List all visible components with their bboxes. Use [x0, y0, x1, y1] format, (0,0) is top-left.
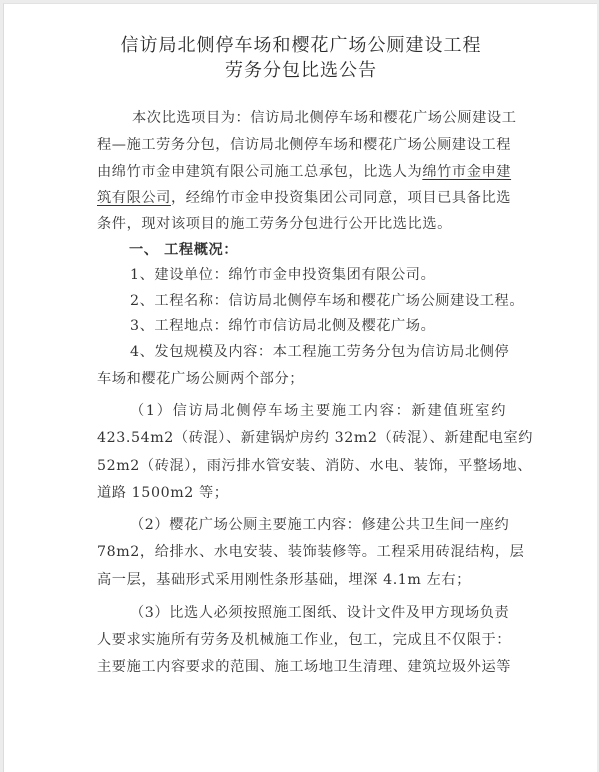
document-title-line-1: 信访局北侧停车场和樱花广场公厕建设工程	[4, 31, 597, 57]
bidder-name-underlined-part2: 筑有限公司	[97, 190, 171, 206]
part1-line-2: 423.54m2（砖混）、新建锅炉房约 32m2（砖混）、新建配电室约	[97, 427, 506, 447]
overview-item-1: 1、建设单位：绵竹市金申投资集团有限公司。	[130, 264, 435, 284]
part1-line-3: 52m2（砖混），雨污排水管安装、消防、水电、装饰，平整场地、	[97, 455, 506, 475]
part3-line-1: （3）比选人必须按照施工图纸、设计文件及甲方现场负责	[130, 602, 506, 622]
bidder-name-underlined-part1: 绵竹市金申建	[422, 164, 511, 180]
document-page: 信访局北侧停车场和樱花广场公厕建设工程 劳务分包比选公告 本次比选项目为：信访局…	[3, 3, 597, 772]
part3-line-2: 人要求实施所有劳务及机械施工作业，包工，完成且不仅限于：	[97, 629, 506, 649]
part1-line-1: （1）信访局北侧停车场主要施工内容：新建值班室约	[130, 400, 506, 420]
intro-line-4: 筑有限公司，经绵竹市金申投资集团公司同意，项目已具备比选	[97, 187, 506, 207]
intro-line-3: 由绵竹市金申建筑有限公司施工总承包，比选人为绵竹市金申建	[97, 161, 506, 181]
overview-item-3: 3、工程地点：绵竹市信访局北侧及樱花广场。	[130, 315, 435, 335]
part3-line-3: 主要施工内容要求的范围、施工场地卫生清理、建筑垃圾外运等	[97, 656, 506, 676]
part2-line-1: （2）樱花广场公厕主要施工内容：修建公共卫生间一座约	[130, 514, 504, 534]
intro-line-4-text: ，经绵竹市金申投资集团公司同意，项目已具备比选	[171, 190, 511, 206]
part2-line-2: 78m2，给排水、水电安装、装饰装修等。工程采用砖混结构，层	[97, 541, 506, 561]
part2-line-3: 高一层，基础形式采用刚性条形基础，埋深 4.1m 左右；	[97, 569, 471, 589]
section-heading-project-overview: 一、 工程概况：	[129, 239, 238, 259]
overview-item-4: 4、发包规模及内容：本工程施工劳务分包为信访局北侧停	[130, 341, 509, 361]
intro-line-2: 程—施工劳务分包，信访局北侧停车场和樱花广场公厕建设工程	[97, 134, 506, 154]
overview-item-4-continued: 车场和樱花广场公厕两个部分；	[97, 368, 304, 388]
part1-line-4: 道路 1500m2 等；	[97, 482, 229, 502]
document-title-line-2: 劳务分包比选公告	[4, 56, 597, 82]
overview-item-2: 2、工程名称：信访局北侧停车场和樱花广场公厕建设工程。	[130, 290, 524, 310]
intro-line-5: 条件，现对该项目的施工劳务分包进行公开比选比选。	[97, 213, 452, 233]
intro-line-1: 本次比选项目为：信访局北侧停车场和樱花广场公厕建设工	[132, 107, 506, 127]
intro-line-3-text: 由绵竹市金申建筑有限公司施工总承包，比选人为	[97, 164, 422, 180]
